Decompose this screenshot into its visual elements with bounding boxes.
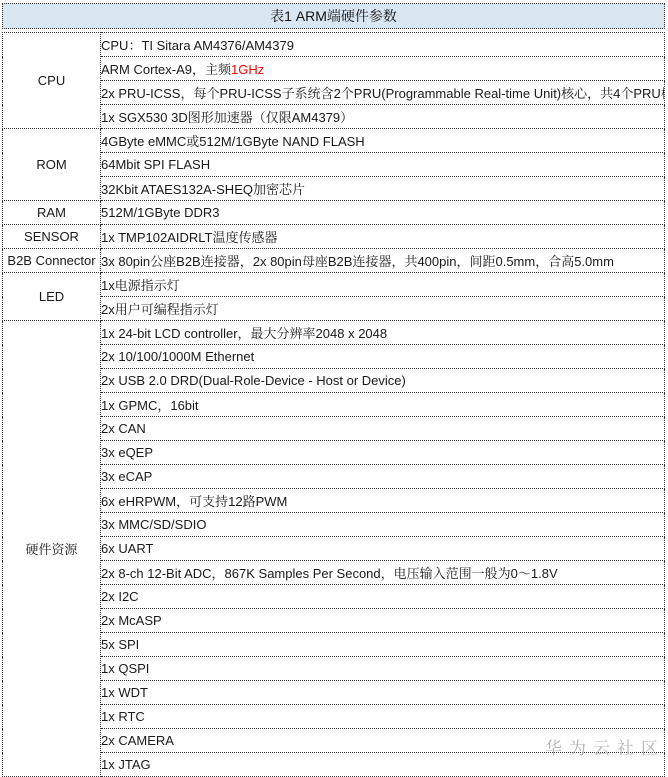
table-row: 1x SGX530 3D图形加速器（仅限AM4379）: [3, 105, 665, 129]
spec-cell: 1x QSPI: [101, 657, 665, 681]
spec-cell: 1x SGX530 3D图形加速器（仅限AM4379）: [101, 105, 665, 129]
spec-cell: 6x eHRPWM，可支持12路PWM: [101, 489, 665, 513]
table-row: 3x eQEP: [3, 441, 665, 465]
table-row: 1x QSPI: [3, 657, 665, 681]
category-cell: B2B Connector: [3, 249, 101, 273]
table-row: 1x WDT: [3, 681, 665, 705]
spec-cell: ARM Cortex-A9，主频1GHz: [101, 57, 665, 81]
category-cell: ROM: [3, 129, 101, 201]
spec-cell: 4GByte eMMC或512M/1GByte NAND FLASH: [101, 129, 665, 153]
spec-cell: 512M/1GByte DDR3: [101, 201, 665, 225]
table-row: 6x UART: [3, 537, 665, 561]
table-row: 64Mbit SPI FLASH: [3, 153, 665, 177]
table-row: ARM Cortex-A9，主频1GHz: [3, 57, 665, 81]
table-row: 3x MMC/SD/SDIO: [3, 513, 665, 537]
category-cell: RAM: [3, 201, 101, 225]
spec-cell: 2x PRU-ICSS，每个PRU-ICSS子系统含2个PRU(Programm…: [101, 81, 665, 105]
table-row: 1x GPMC，16bit: [3, 393, 665, 417]
category-cell: CPU: [3, 33, 101, 129]
table-row: 2x用户可编程指示灯: [3, 297, 665, 321]
spec-cell: 5x SPI: [101, 633, 665, 657]
spec-cell: 1x电源指示灯: [101, 273, 665, 297]
spec-document: 表1 ARM端硬件参数 CPUCPU：TI Sitara AM4376/AM43…: [2, 3, 665, 777]
spec-cell: 2x USB 2.0 DRD(Dual-Role-Device - Host o…: [101, 369, 665, 393]
table-row: 2x 8-ch 12-Bit ADC，867K Samples Per Seco…: [3, 561, 665, 585]
table-row: 1x RTC: [3, 705, 665, 729]
spec-cell: 3x 80pin公座B2B连接器，2x 80pin母座B2B连接器，共400pi…: [101, 249, 665, 273]
table-row: 6x eHRPWM，可支持12路PWM: [3, 489, 665, 513]
spec-cell: 1x JTAG: [101, 753, 665, 777]
spec-cell: 2x 8-ch 12-Bit ADC，867K Samples Per Seco…: [101, 561, 665, 585]
category-cell: 硬件资源: [3, 321, 101, 777]
spec-cell: 3x eQEP: [101, 441, 665, 465]
table-row: SENSOR1x TMP102AIDRLT温度传感器: [3, 225, 665, 249]
spec-cell: 3x MMC/SD/SDIO: [101, 513, 665, 537]
spec-cell: 1x TMP102AIDRLT温度传感器: [101, 225, 665, 249]
table-row: 1x JTAG: [3, 753, 665, 777]
spec-cell: 1x RTC: [101, 705, 665, 729]
table-row: CPUCPU：TI Sitara AM4376/AM4379: [3, 33, 665, 57]
table-row: 硬件资源1x 24-bit LCD controller，最大分辨率2048 x…: [3, 321, 665, 345]
hardware-spec-table-body: CPUCPU：TI Sitara AM4376/AM4379ARM Cortex…: [3, 33, 665, 777]
category-cell: LED: [3, 273, 101, 321]
table-row: 2x 10/100/1000M Ethernet: [3, 345, 665, 369]
spec-cell: 1x WDT: [101, 681, 665, 705]
spec-cell: 2x CAN: [101, 417, 665, 441]
spec-cell: 2x McASP: [101, 609, 665, 633]
spec-cell: 32Kbit ATAES132A-SHEQ加密芯片: [101, 177, 665, 201]
table-row: 2x PRU-ICSS，每个PRU-ICSS子系统含2个PRU(Programm…: [3, 81, 665, 105]
spec-cell: 3x eCAP: [101, 465, 665, 489]
table-row: 2x CAN: [3, 417, 665, 441]
table-row: LED1x电源指示灯: [3, 273, 665, 297]
table-row: 2x I2C: [3, 585, 665, 609]
category-cell: SENSOR: [3, 225, 101, 249]
highlight-text: 1GHz: [231, 62, 264, 77]
spec-cell: 1x GPMC，16bit: [101, 393, 665, 417]
spec-cell: 64Mbit SPI FLASH: [101, 153, 665, 177]
table-row: 2x CAMERA: [3, 729, 665, 753]
table-row: ROM4GByte eMMC或512M/1GByte NAND FLASH: [3, 129, 665, 153]
hardware-spec-table: CPUCPU：TI Sitara AM4376/AM4379ARM Cortex…: [2, 32, 665, 777]
table-row: RAM512M/1GByte DDR3: [3, 201, 665, 225]
spec-cell: 6x UART: [101, 537, 665, 561]
table-title: 表1 ARM端硬件参数: [2, 3, 665, 29]
spec-cell: 2x CAMERA: [101, 729, 665, 753]
table-row: 5x SPI: [3, 633, 665, 657]
table-row: 2x USB 2.0 DRD(Dual-Role-Device - Host o…: [3, 369, 665, 393]
spec-cell: CPU：TI Sitara AM4376/AM4379: [101, 33, 665, 57]
spec-cell: 1x 24-bit LCD controller，最大分辨率2048 x 204…: [101, 321, 665, 345]
table-row: B2B Connector3x 80pin公座B2B连接器，2x 80pin母座…: [3, 249, 665, 273]
spec-cell: 2x I2C: [101, 585, 665, 609]
spec-cell: 2x用户可编程指示灯: [101, 297, 665, 321]
spec-cell: 2x 10/100/1000M Ethernet: [101, 345, 665, 369]
table-row: 3x eCAP: [3, 465, 665, 489]
table-row: 2x McASP: [3, 609, 665, 633]
table-row: 32Kbit ATAES132A-SHEQ加密芯片: [3, 177, 665, 201]
